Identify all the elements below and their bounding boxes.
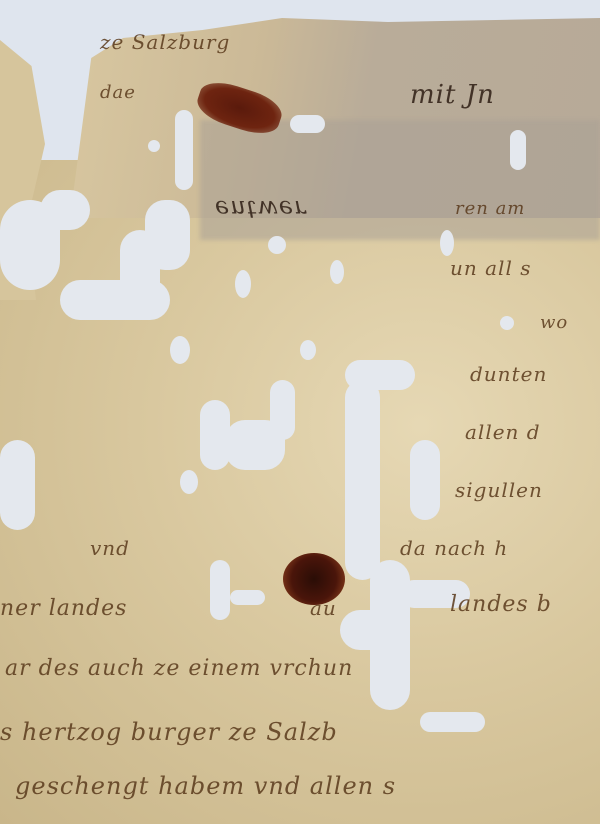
damage-hole bbox=[420, 712, 485, 732]
damage-hole bbox=[270, 380, 295, 440]
script-line: entwer bbox=[215, 195, 307, 223]
script-line: ze Salzburg bbox=[100, 30, 230, 54]
script-line: au bbox=[310, 596, 337, 620]
damage-hole bbox=[290, 115, 325, 133]
damage-hole bbox=[40, 190, 90, 230]
damage-hole bbox=[500, 316, 514, 330]
script-line: wo bbox=[540, 312, 568, 333]
script-line: un all s bbox=[450, 256, 531, 280]
damage-hole bbox=[210, 560, 230, 620]
damage-hole bbox=[145, 200, 190, 270]
script-line: ner landes bbox=[0, 596, 127, 621]
script-line: ar des auch ze einem vrchun bbox=[5, 656, 353, 681]
script-line: vnd bbox=[90, 536, 130, 560]
script-line: ren am bbox=[455, 198, 525, 219]
damage-hole bbox=[300, 340, 316, 360]
damage-hole bbox=[510, 130, 526, 170]
damage-hole bbox=[330, 260, 344, 284]
damage-hole bbox=[340, 610, 410, 650]
damage-hole bbox=[170, 336, 190, 364]
damage-hole bbox=[180, 470, 198, 494]
script-line: mit Jn bbox=[410, 80, 495, 110]
script-line: geschengt habem vnd allen s bbox=[15, 772, 396, 800]
script-line: allen d bbox=[465, 420, 541, 444]
script-line: dunten bbox=[470, 362, 547, 386]
damage-hole bbox=[175, 110, 193, 190]
script-line: s hertzog burger ze Salzb bbox=[0, 718, 338, 746]
damage-hole bbox=[230, 590, 265, 605]
script-line: dae bbox=[100, 82, 136, 103]
manuscript-photo: ze Salzburg dae mit Jn entwer ren am un … bbox=[0, 0, 600, 824]
damage-hole bbox=[345, 380, 380, 580]
damage-hole bbox=[148, 140, 160, 152]
damage-hole bbox=[410, 440, 440, 520]
damage-hole bbox=[268, 236, 286, 254]
damage-hole bbox=[0, 440, 35, 530]
damage-hole bbox=[440, 230, 454, 256]
damage-hole bbox=[235, 270, 251, 298]
script-line: da nach h bbox=[400, 536, 508, 560]
script-line: sigullen bbox=[455, 478, 543, 502]
script-line: landes b bbox=[450, 592, 552, 617]
